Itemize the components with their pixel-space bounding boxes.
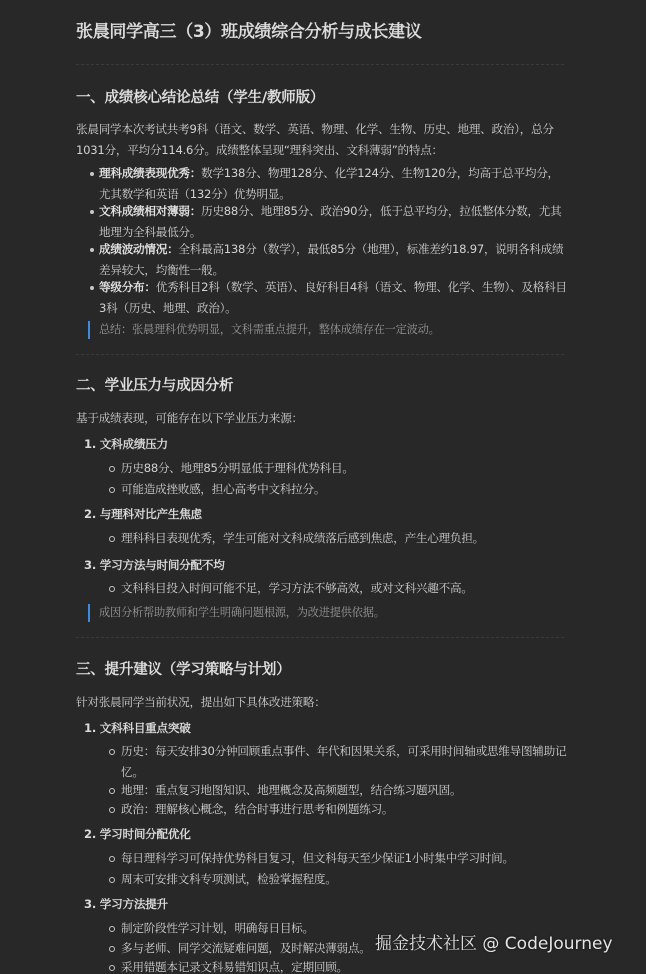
list-item: 理科成绩表现优秀：数学138分、物理128分、化学124分、生物120分，均高于… [76, 163, 568, 205]
sub-item: 历史：每天安排30分钟回顾重点事件、年代和因果关系，可采用时间轴或思维导图辅助记… [76, 741, 568, 783]
circle-bullet-icon [109, 946, 115, 952]
circle-bullet-icon [109, 926, 115, 932]
divider [76, 64, 564, 65]
section-intro: 基于成绩表现，可能存在以下学业压力来源： [76, 408, 568, 429]
list-item: 文科成绩相对薄弱：历史88分、地理85分、政治90分，低于总平均分，拉低整体分数… [76, 201, 568, 243]
divider [76, 354, 564, 355]
circle-bullet-icon [109, 536, 115, 542]
sub-item: 理科科目表现优秀，学生可能对文科成绩落后感到焦虑，产生心理负担。 [76, 528, 568, 549]
circle-bullet-icon [109, 466, 115, 472]
section-intro: 张晨同学本次考试共考9科（语文、数学、英语、物理、化学、生物、历史、地理、政治）… [76, 119, 568, 161]
list-item: 等级分布：优秀科目2科（数学、英语）、良好科目4科（语文、物理、化学、生物）、及… [76, 277, 568, 319]
section-heading: 三、提升建议（学习策略与计划） [76, 660, 291, 680]
numbered-item: 2. 学习时间分配优化 [84, 824, 191, 844]
sub-item: 可能造成挫败感，担心高考中文科拉分。 [76, 479, 568, 500]
watermark: 掘金技术社区 @ CodeJourney [375, 929, 613, 954]
circle-bullet-icon [109, 856, 115, 862]
sub-item: 地理：重点复习地图知识、地理概念及高频题型，结合练习题巩固。 [76, 780, 568, 801]
bullet-label: 等级分布： [99, 280, 156, 294]
bullet-label: 文科成绩相对薄弱： [99, 204, 201, 218]
numbered-item: 2. 与理科对比产生焦虑 [84, 504, 202, 524]
bullet-icon [90, 248, 94, 252]
sub-item: 政治：理解核心概念，结合时事进行思考和例题练习。 [76, 799, 568, 820]
section-heading: 一、成绩核心结论总结（学生/教师版） [76, 88, 324, 108]
bullet-label: 成绩波动情况： [99, 242, 178, 256]
circle-bullet-icon [109, 487, 115, 493]
circle-bullet-icon [109, 807, 115, 813]
circle-bullet-icon [109, 965, 115, 971]
circle-bullet-icon [109, 877, 115, 883]
divider [76, 637, 564, 638]
circle-bullet-icon [109, 749, 115, 755]
numbered-item: 3. 学习方法提升 [84, 894, 168, 914]
page-title: 张晨同学高三（3）班成绩综合分析与成长建议 [76, 20, 422, 44]
circle-bullet-icon [109, 788, 115, 794]
summary-quote: 总结：张晨理科优势明显，文科需重点提升，整体成绩存在一定波动。 [88, 321, 579, 339]
sub-item: 周末可安排文科专项测试，检验掌握程度。 [76, 869, 568, 890]
numbered-item: 1. 文科成绩压力 [84, 434, 168, 454]
bullet-icon [90, 210, 94, 214]
sub-item: 采用错题本记录文科易错知识点，定期回顾。 [76, 957, 568, 974]
bullet-text: 优秀科目2科（数学、英语）、良好科目4科（语文、物理、化学、生物）、及格科目3科… [99, 280, 567, 315]
bullet-icon [90, 286, 94, 290]
sub-item: 每日理科学习可保持优势科目复习，但文科每天至少保证1小时集中学习时间。 [76, 848, 568, 869]
bullet-icon [90, 172, 94, 176]
numbered-item: 1. 文科科目重点突破 [84, 718, 191, 738]
circle-bullet-icon [109, 586, 115, 592]
sub-item: 历史88分、地理85分明显低于理科优势科目。 [76, 458, 568, 479]
summary-quote: 成因分析帮助教师和学生明确问题根源，为改进提供依据。 [88, 604, 579, 622]
bullet-label: 理科成绩表现优秀： [99, 166, 201, 180]
section-heading: 二、学业压力与成因分析 [76, 376, 233, 396]
numbered-item: 3. 学习方法与时间分配不均 [84, 555, 225, 575]
sub-item: 文科科目投入时间可能不足，学习方法不够高效，或对文科兴趣不高。 [76, 578, 568, 599]
list-item: 成绩波动情况：全科最高138分（数学），最低85分（地理），标准差约18.97，… [76, 239, 568, 281]
section-intro: 针对张晨同学当前状况，提出如下具体改进策略： [76, 692, 568, 713]
